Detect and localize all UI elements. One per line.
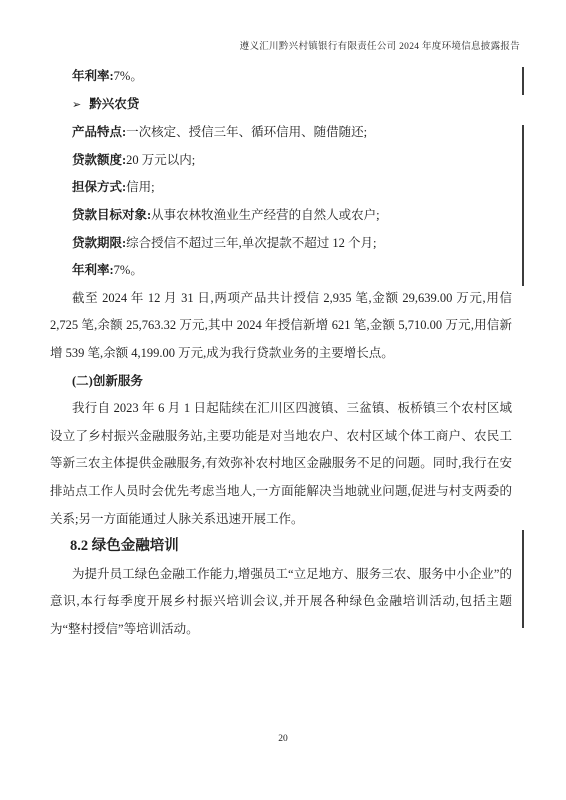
document-page: 遵义汇川黔兴村镇银行有限责任公司 2024 年度环境信息披露报告 年利率:7%。…: [0, 0, 566, 800]
field-line-guarantee-method: 担保方式:信用;: [50, 174, 512, 202]
innovation-paragraph: 我行自 2023 年 6 月 1 日起陆续在汇川区四渡镇、三盆镇、板桥镇三个农村…: [50, 395, 512, 533]
field-label: 贷款期限:: [72, 236, 126, 250]
field-label: 年利率:: [72, 263, 114, 277]
field-value: 7%。: [114, 69, 143, 83]
field-label: 产品特点:: [72, 125, 126, 139]
field-line-loan-amount: 贷款额度:20 万元以内;: [50, 147, 512, 175]
field-label: 贷款目标对象:: [72, 208, 151, 222]
training-paragraph: 为提升员工绿色金融工作能力,增强员工“立足地方、服务三农、服务中小企业”的意识,…: [50, 561, 512, 644]
arrow-bullet-icon: ➢: [72, 99, 81, 111]
field-value: 7%。: [114, 263, 143, 277]
field-value: 信用;: [126, 180, 154, 194]
field-value: 20 万元以内;: [126, 153, 195, 167]
annual-rate-line-top: 年利率:7%。: [50, 63, 512, 91]
field-line-loan-term: 贷款期限:综合授信不超过三年,单次提款不超过 12 个月;: [50, 230, 512, 258]
field-label: 年利率:: [72, 69, 114, 83]
document-header-title: 遵义汇川黔兴村镇银行有限责任公司 2024 年度环境信息披露报告: [0, 38, 520, 52]
product-title: 黔兴农贷: [89, 97, 139, 111]
stats-paragraph: 截至 2024 年 12 月 31 日,两项产品共计授信 2,935 笔,金额 …: [50, 285, 512, 368]
revision-bar: [522, 530, 524, 628]
subsection-heading-innovation: (二)创新服务: [50, 368, 512, 396]
field-label: 贷款额度:: [72, 153, 126, 167]
section-heading-green-finance-training: 8.2 绿色金融培训: [50, 533, 512, 561]
field-value: 综合授信不超过三年,单次提款不超过 12 个月;: [126, 236, 376, 250]
field-line-target-borrowers: 贷款目标对象:从事农林牧渔业生产经营的自然人或农户;: [50, 202, 512, 230]
revision-bar: [522, 67, 524, 95]
document-body: 年利率:7%。 ➢黔兴农贷 产品特点:一次核定、授信三年、循环信用、随借随还; …: [50, 63, 512, 643]
field-line-product-features: 产品特点:一次核定、授信三年、循环信用、随借随还;: [50, 119, 512, 147]
field-value: 从事农林牧渔业生产经营的自然人或农户;: [151, 208, 379, 222]
page-number: 20: [0, 734, 566, 744]
field-label: 担保方式:: [72, 180, 126, 194]
product-bullet-line: ➢黔兴农贷: [50, 91, 512, 120]
revision-bar: [522, 125, 524, 286]
field-value: 一次核定、授信三年、循环信用、随借随还;: [126, 125, 367, 139]
annual-rate-line-bottom: 年利率:7%。: [50, 257, 512, 285]
